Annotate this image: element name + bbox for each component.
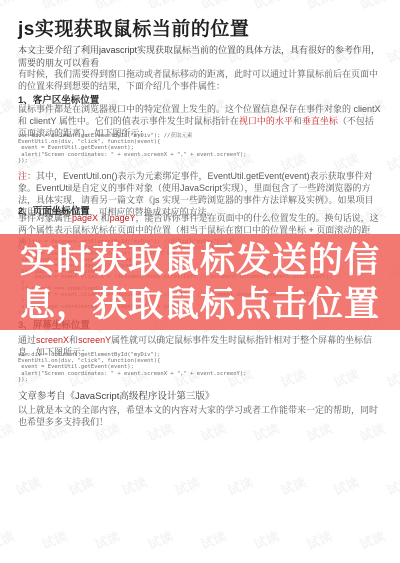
watermark-text: 试读 [197,0,228,13]
note-label: 注 [18,171,27,181]
watermark-text: 试读 [250,526,281,553]
highlight-run: 视口中的水平 [239,116,293,126]
watermark-text: 试读 [0,0,17,13]
watermark-text: 试读 [0,526,17,553]
watermark-text: 试读 [383,364,400,391]
watermark-text: 试读 [383,148,400,175]
text-run: 和 [293,116,302,126]
promo-overlay-text: 实时获取鼠标发送的信 息，获取鼠标点击位置 [0,234,400,327]
article-lead: 有时候，我们需要得到窗口拖动或者鼠标移动的距离，此时可以通过计算鼠标前后在页面中… [18,68,382,92]
watermark-text: 试读 [330,472,361,499]
article-summary: 本文主要介绍了利用javascript实现获取鼠标当前的位置的具体方法，具有很好… [18,44,382,69]
promo-line-1: 实时获取鼠标发送的信 [0,239,400,283]
page-title: js实现获取鼠标当前的位置 [18,14,382,41]
code-block-screen-coords: var div = document.getElementById("myDiv… [18,352,382,383]
watermark-text: 试读 [383,472,400,499]
highlight-run: pageY [110,213,136,223]
text-run: 和 [69,335,78,345]
watermark-text: 试读 [0,418,17,445]
promo-line-2: 息，获取鼠标点击位置 [0,283,400,327]
text-run: 和 [101,213,110,223]
watermark-text: 试读 [277,472,308,499]
highlight-run: pageX [72,213,101,223]
highlight-run: 垂直坐标 [302,116,338,126]
closing-paragraph: 以上就是本文的全部内容，希望本文的内容对大家的学习或者工作能带来一定的帮助，同时… [18,404,382,428]
watermark-text: 试读 [118,472,149,499]
watermark-text: 试读 [0,94,17,121]
watermark-text: 试读 [144,0,175,13]
reference-line: 文章参考自《JavaScript高级程序设计第三版》 [18,388,382,402]
watermark-text: 试读 [65,472,96,499]
watermark-text: 试读 [171,472,202,499]
watermark-text: 试读 [356,0,387,13]
watermark-text: 试读 [356,526,387,553]
watermark-text: 试读 [197,526,228,553]
article-page: 试读试读试读试读试读试读试读试读试读试读试读试读试读试读试读试读试读试读试读试读… [0,0,400,563]
highlight-run: screenY [78,335,111,345]
watermark-text: 试读 [144,526,175,553]
watermark-text: 试读 [0,202,17,229]
code-block-client-coords: var div = document.getElementById("myDiv… [18,133,382,164]
watermark-text: 试读 [38,526,69,553]
watermark-text: 试读 [303,0,334,13]
watermark-text: 试读 [224,472,255,499]
watermark-text: 试读 [38,0,69,13]
watermark-text: 试读 [12,472,43,499]
watermark-text: 试读 [383,40,400,67]
watermark-text: 试读 [91,0,122,13]
promo-overlay-band: 实时获取鼠标发送的信 息，获取鼠标点击位置 [0,234,400,330]
watermark-text: 试读 [91,526,122,553]
highlight-run: screenX [36,335,69,345]
text-run: 事件对象属性 [18,213,72,223]
text-run: 通过 [18,335,36,345]
watermark-text: 试读 [303,526,334,553]
watermark-text: 试读 [250,0,281,13]
